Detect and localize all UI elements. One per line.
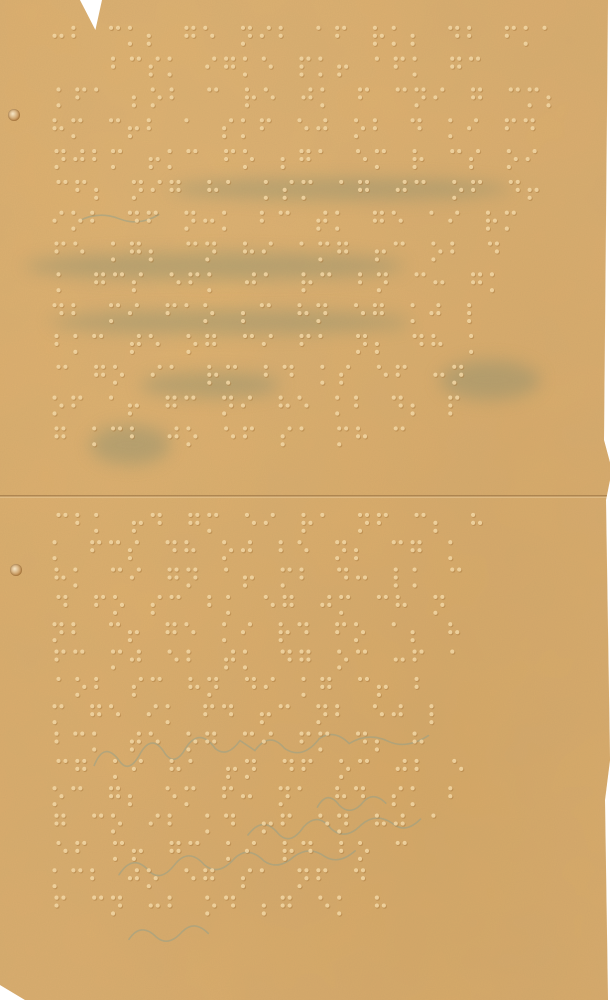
braille-text: [0, 0, 610, 1000]
punch-hole: [8, 109, 20, 121]
punch-hole: [10, 564, 22, 576]
fold-crease: [0, 495, 610, 498]
paper-sheet: [0, 0, 610, 1000]
